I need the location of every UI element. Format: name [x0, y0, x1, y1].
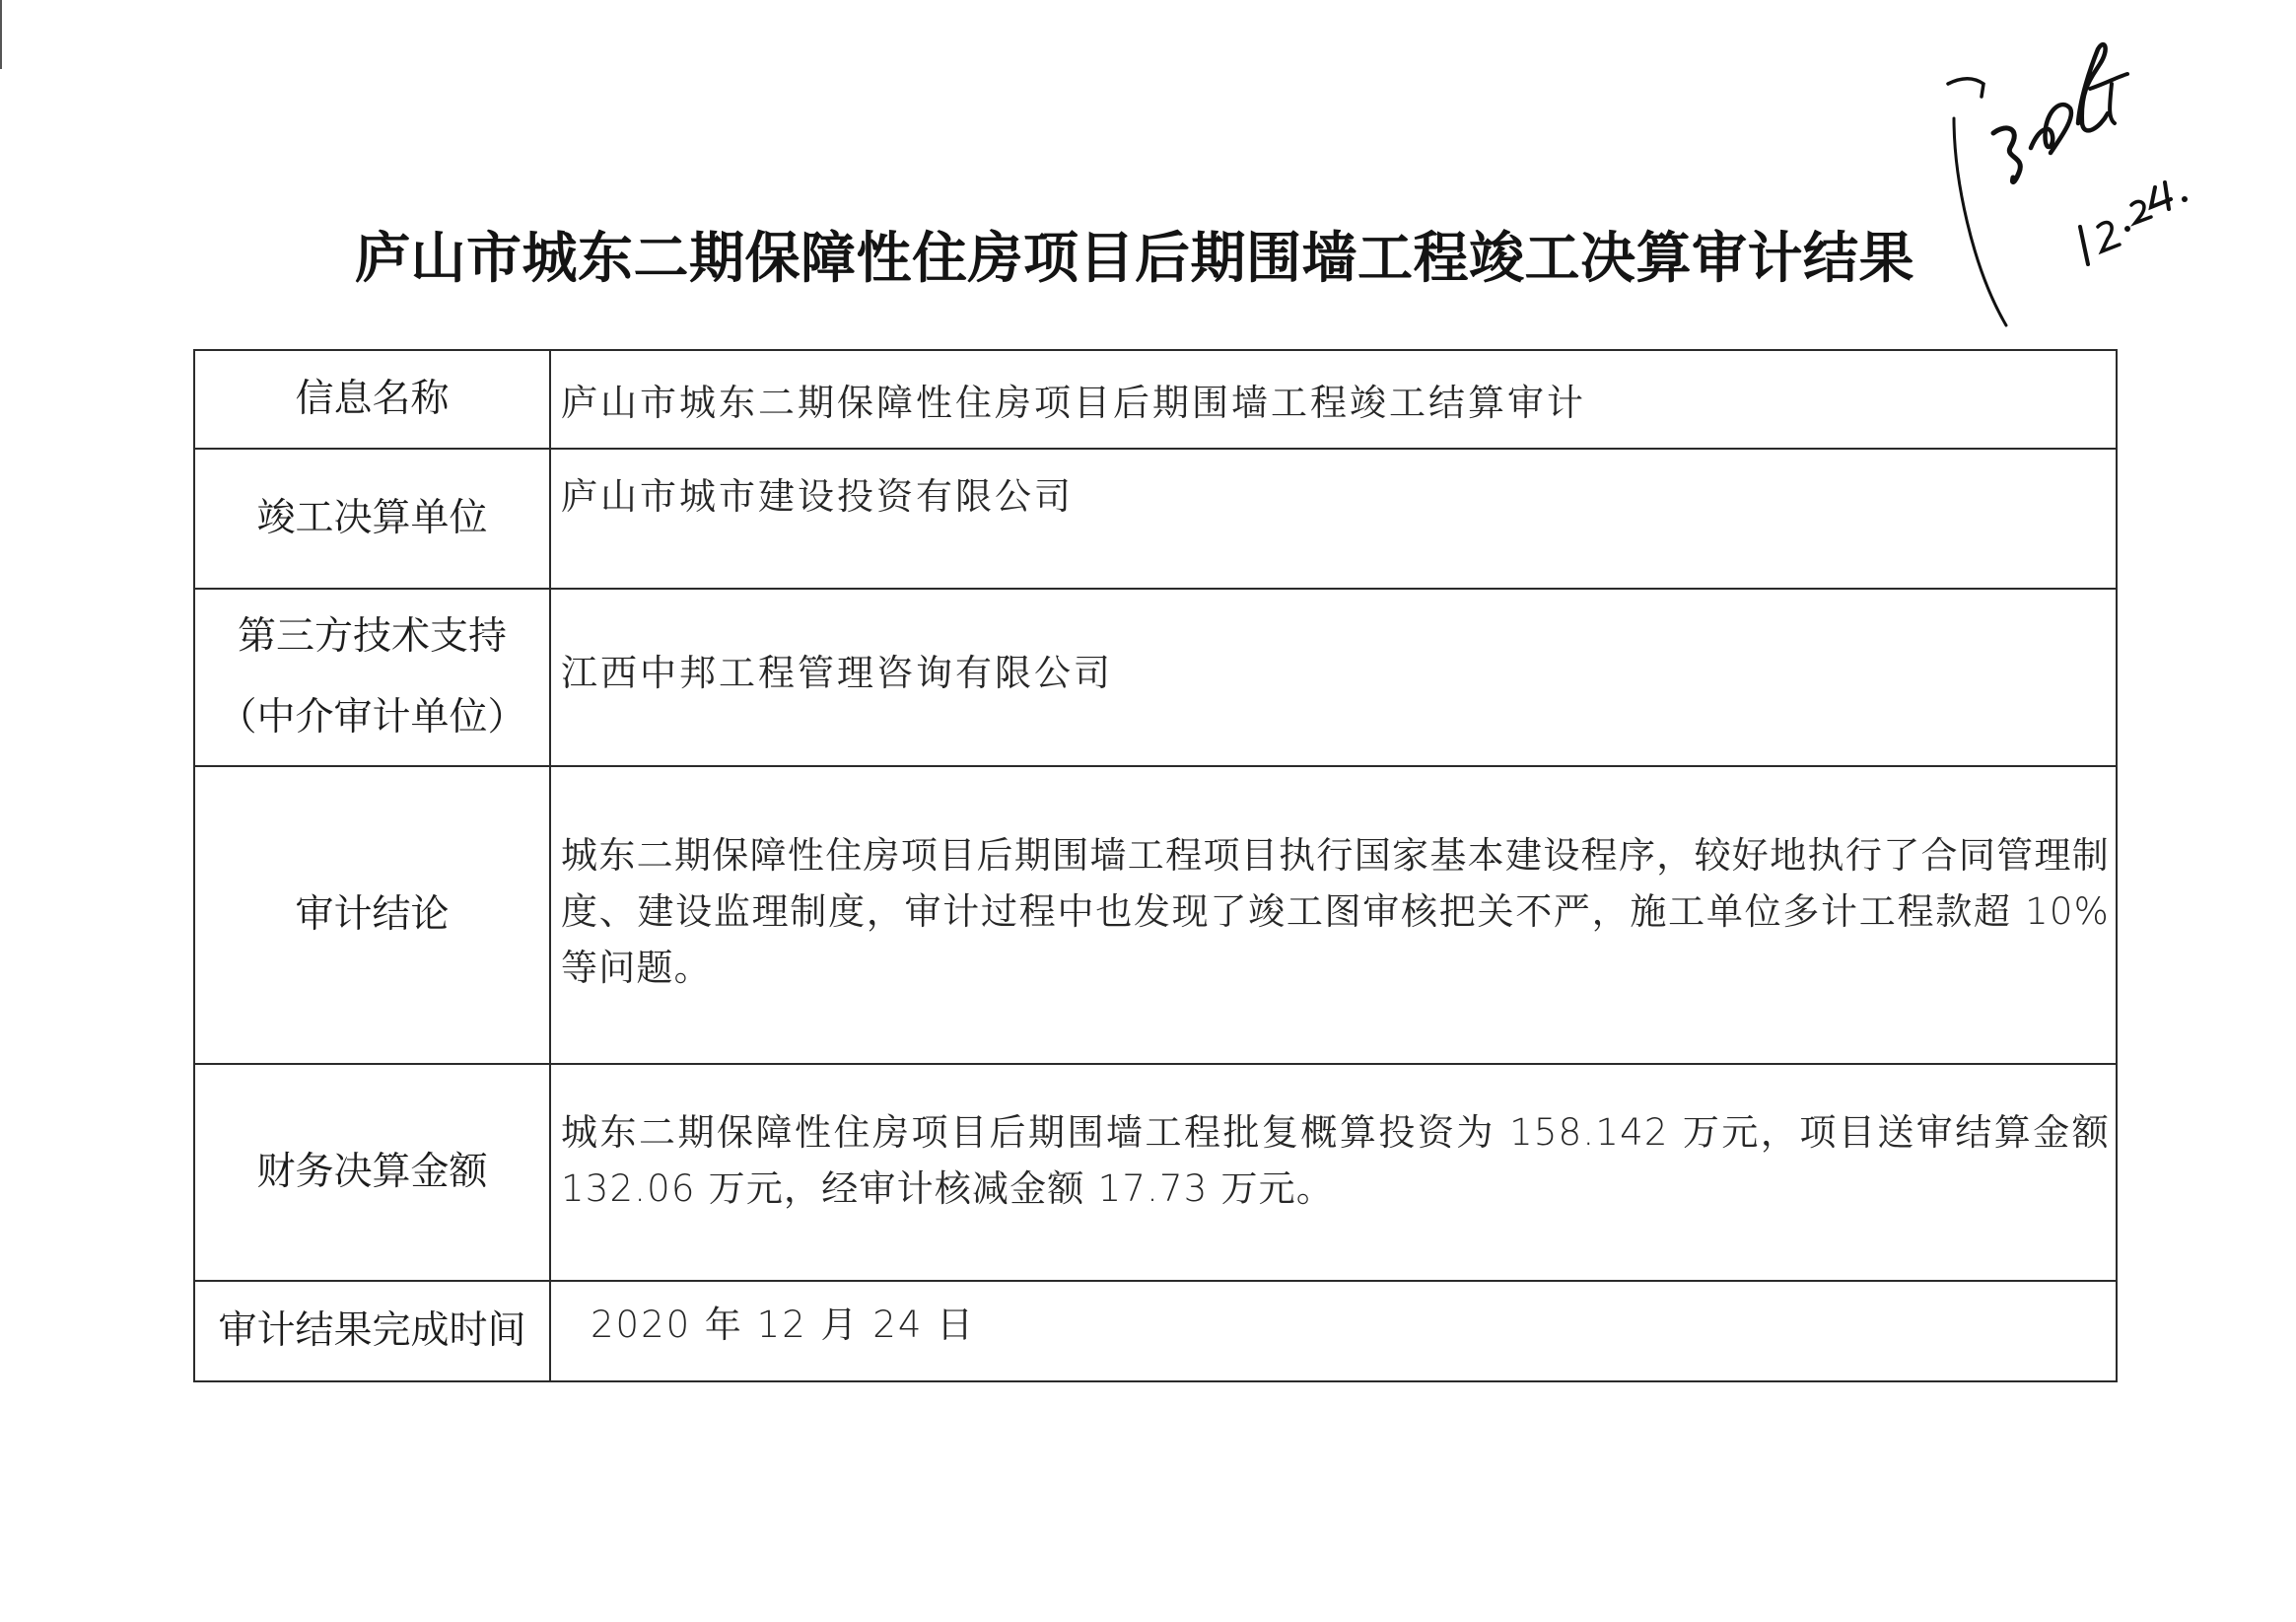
settlement-unit-text: 庐山市城市建设投资有限公司 [561, 466, 2110, 520]
label-third-party: 第三方技术支持 （中介审计单位） [194, 589, 550, 766]
value-audit-conclusion: 城东二期保障性住房项目后期围墙工程项目执行国家基本建设程序，较好地执行了合同管理… [550, 766, 2117, 1064]
label-third-party-line2: （中介审计单位） [195, 677, 549, 758]
label-audit-conclusion: 审计结论 [194, 766, 550, 1064]
scan-edge-artifact [0, 0, 2, 69]
table-row-completion-date: 审计结果完成时间 2020 年 12 月 24 日 [194, 1281, 2117, 1381]
label-financial-amount: 财务决算金额 [194, 1064, 550, 1281]
audit-conclusion-text: 城东二期保障性住房项目后期围墙工程项目执行国家基本建设程序，较好地执行了合同管理… [561, 827, 2110, 996]
label-completion-date: 审计结果完成时间 [194, 1281, 550, 1381]
table-row-financial-amount: 财务决算金额 城东二期保障性住房项目后期围墙工程批复概算投资为 158.142 … [194, 1064, 2117, 1281]
value-settlement-unit: 庐山市城市建设投资有限公司 [550, 449, 2117, 589]
document-title: 庐山市城东二期保障性住房项目后期围墙工程竣工决算审计结果 [355, 219, 1982, 298]
audit-result-table: 信息名称 庐山市城东二期保障性住房项目后期围墙工程竣工结算审计 竣工决算单位 庐… [193, 349, 2118, 1382]
value-completion-date: 2020 年 12 月 24 日 [550, 1281, 2117, 1381]
label-third-party-line1: 第三方技术支持 [195, 597, 549, 677]
info-name-text: 庐山市城东二期保障性住房项目后期围墙工程竣工结算审计 [561, 351, 2110, 426]
value-third-party: 江西中邦工程管理咨询有限公司 [550, 589, 2117, 766]
completion-date-text: 2020 年 12 月 24 日 [561, 1295, 2110, 1348]
financial-amount-text: 城东二期保障性住房项目后期围墙工程批复概算投资为 158.142 万元，项目送审… [561, 1104, 2110, 1217]
signature-icon [1932, 30, 2287, 345]
label-info-name: 信息名称 [194, 350, 550, 449]
table-row-info-name: 信息名称 庐山市城东二期保障性住房项目后期围墙工程竣工结算审计 [194, 350, 2117, 449]
value-financial-amount: 城东二期保障性住房项目后期围墙工程批复概算投资为 158.142 万元，项目送审… [550, 1064, 2117, 1281]
handwritten-annotation [1932, 30, 2287, 345]
label-settlement-unit: 竣工决算单位 [194, 449, 550, 589]
table-row-audit-conclusion: 审计结论 城东二期保障性住房项目后期围墙工程项目执行国家基本建设程序，较好地执行… [194, 766, 2117, 1064]
value-info-name: 庐山市城东二期保障性住房项目后期围墙工程竣工结算审计 [550, 350, 2117, 449]
third-party-text: 江西中邦工程管理咨询有限公司 [561, 643, 2110, 696]
table-row-settlement-unit: 竣工决算单位 庐山市城市建设投资有限公司 [194, 449, 2117, 589]
table-row-third-party: 第三方技术支持 （中介审计单位） 江西中邦工程管理咨询有限公司 [194, 589, 2117, 766]
